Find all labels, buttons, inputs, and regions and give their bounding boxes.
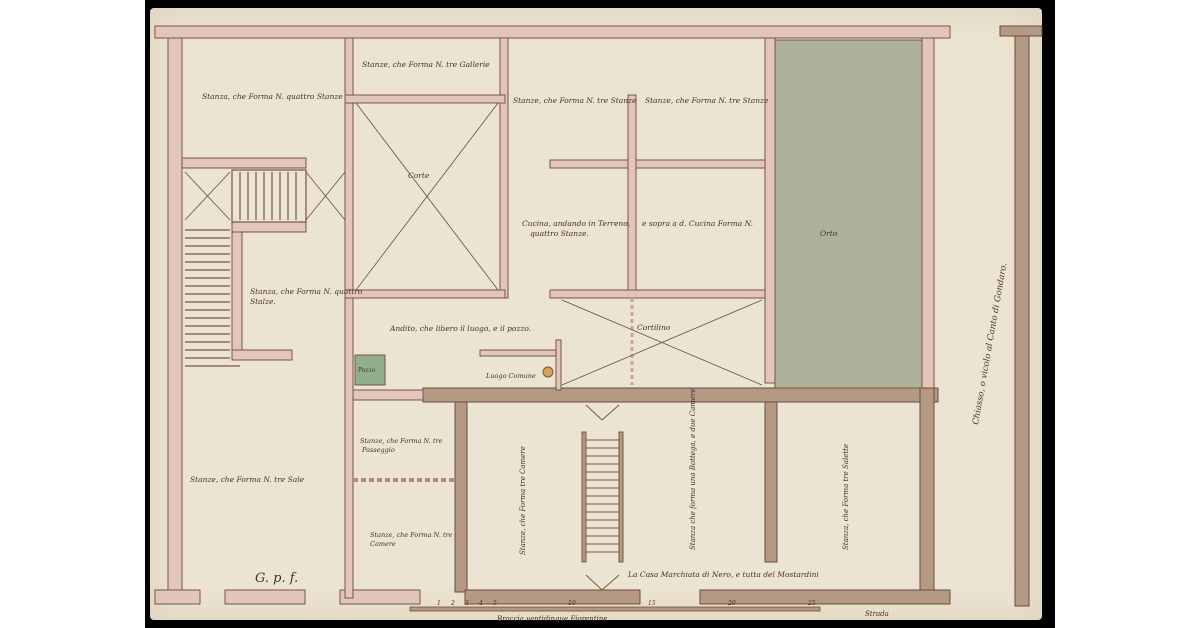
scale-tick: 1 <box>437 600 441 607</box>
scale-tick: 10 <box>568 600 576 607</box>
street-label: Chiasso, o vicolo al Canto di Gondaro. <box>971 262 1009 425</box>
room-label: Cortilino <box>637 323 671 332</box>
courtyard-label: Corte <box>408 171 430 180</box>
staircase-top <box>232 170 306 222</box>
street-wall <box>1000 26 1042 606</box>
scale-tick: 20 <box>727 600 736 607</box>
scale-tick: 25 <box>807 600 816 607</box>
room-label: Stanza, che Forma tre Salette <box>842 444 850 550</box>
room-label: Stanza che forma una Bottega, e due Came… <box>689 388 697 550</box>
scale-tick: 2 <box>450 600 455 607</box>
room-label: Cucina, andando in Terreno, <box>522 219 630 228</box>
room-label: quattro Stanze. <box>530 229 589 238</box>
room-label: Stanze, che Forma tre Camere <box>519 446 527 555</box>
room-label: Stanza, che Forma N. quattro Stanze <box>202 92 343 101</box>
room-label: Stanze, che Forma N. tre <box>360 437 443 445</box>
scale-tick: 15 <box>648 600 656 607</box>
room-label: Camere <box>370 540 396 548</box>
room-label: Stanze, che Forma N. tre Stanze <box>645 96 769 105</box>
room-label: Passeggio <box>361 446 395 454</box>
room-label: Andito, che libero il luogo, e il pozzo. <box>389 324 531 333</box>
street-label: Strada <box>865 610 889 618</box>
room-label: Stanze, che Forma N. tre Stanze <box>513 96 637 105</box>
scale-bar <box>410 607 820 611</box>
floor-plan: Stanza, che Forma N. quattro Stanze Stan… <box>0 0 1200 628</box>
garden-area <box>775 40 922 388</box>
room-label: Stanza, che Forma N. quattro <box>250 287 363 296</box>
scale-tick: 4 <box>478 600 483 607</box>
well-label: Pozzo <box>357 367 376 374</box>
room-label: Stanze, che Forma N. tre Sale <box>190 475 305 484</box>
bottom-walls <box>155 590 420 604</box>
latrine-circle <box>543 367 553 377</box>
garden-label: Orto <box>820 229 838 238</box>
room-label: Stanze, che Forma N. tre <box>370 531 453 539</box>
scale-tick: 3 <box>465 600 469 607</box>
staircase-center <box>582 405 623 590</box>
room-label: Luogo Comune <box>485 372 536 380</box>
signature: G. p. f. <box>255 571 298 586</box>
ownership-note: La Casa Marchiata di Nero, e tutta del M… <box>627 570 819 579</box>
courtyard-diagonals <box>185 103 762 385</box>
room-label: e sopra a d. Cucina Forma N. <box>642 219 753 228</box>
room-label: Stanze, che Forma N. tre Gallerie <box>362 60 490 69</box>
room-label: Stalze. <box>250 297 276 306</box>
scale-tick: 5 <box>493 600 497 607</box>
scale-label: Braccia ventidinque Fiorentine <box>496 615 607 623</box>
